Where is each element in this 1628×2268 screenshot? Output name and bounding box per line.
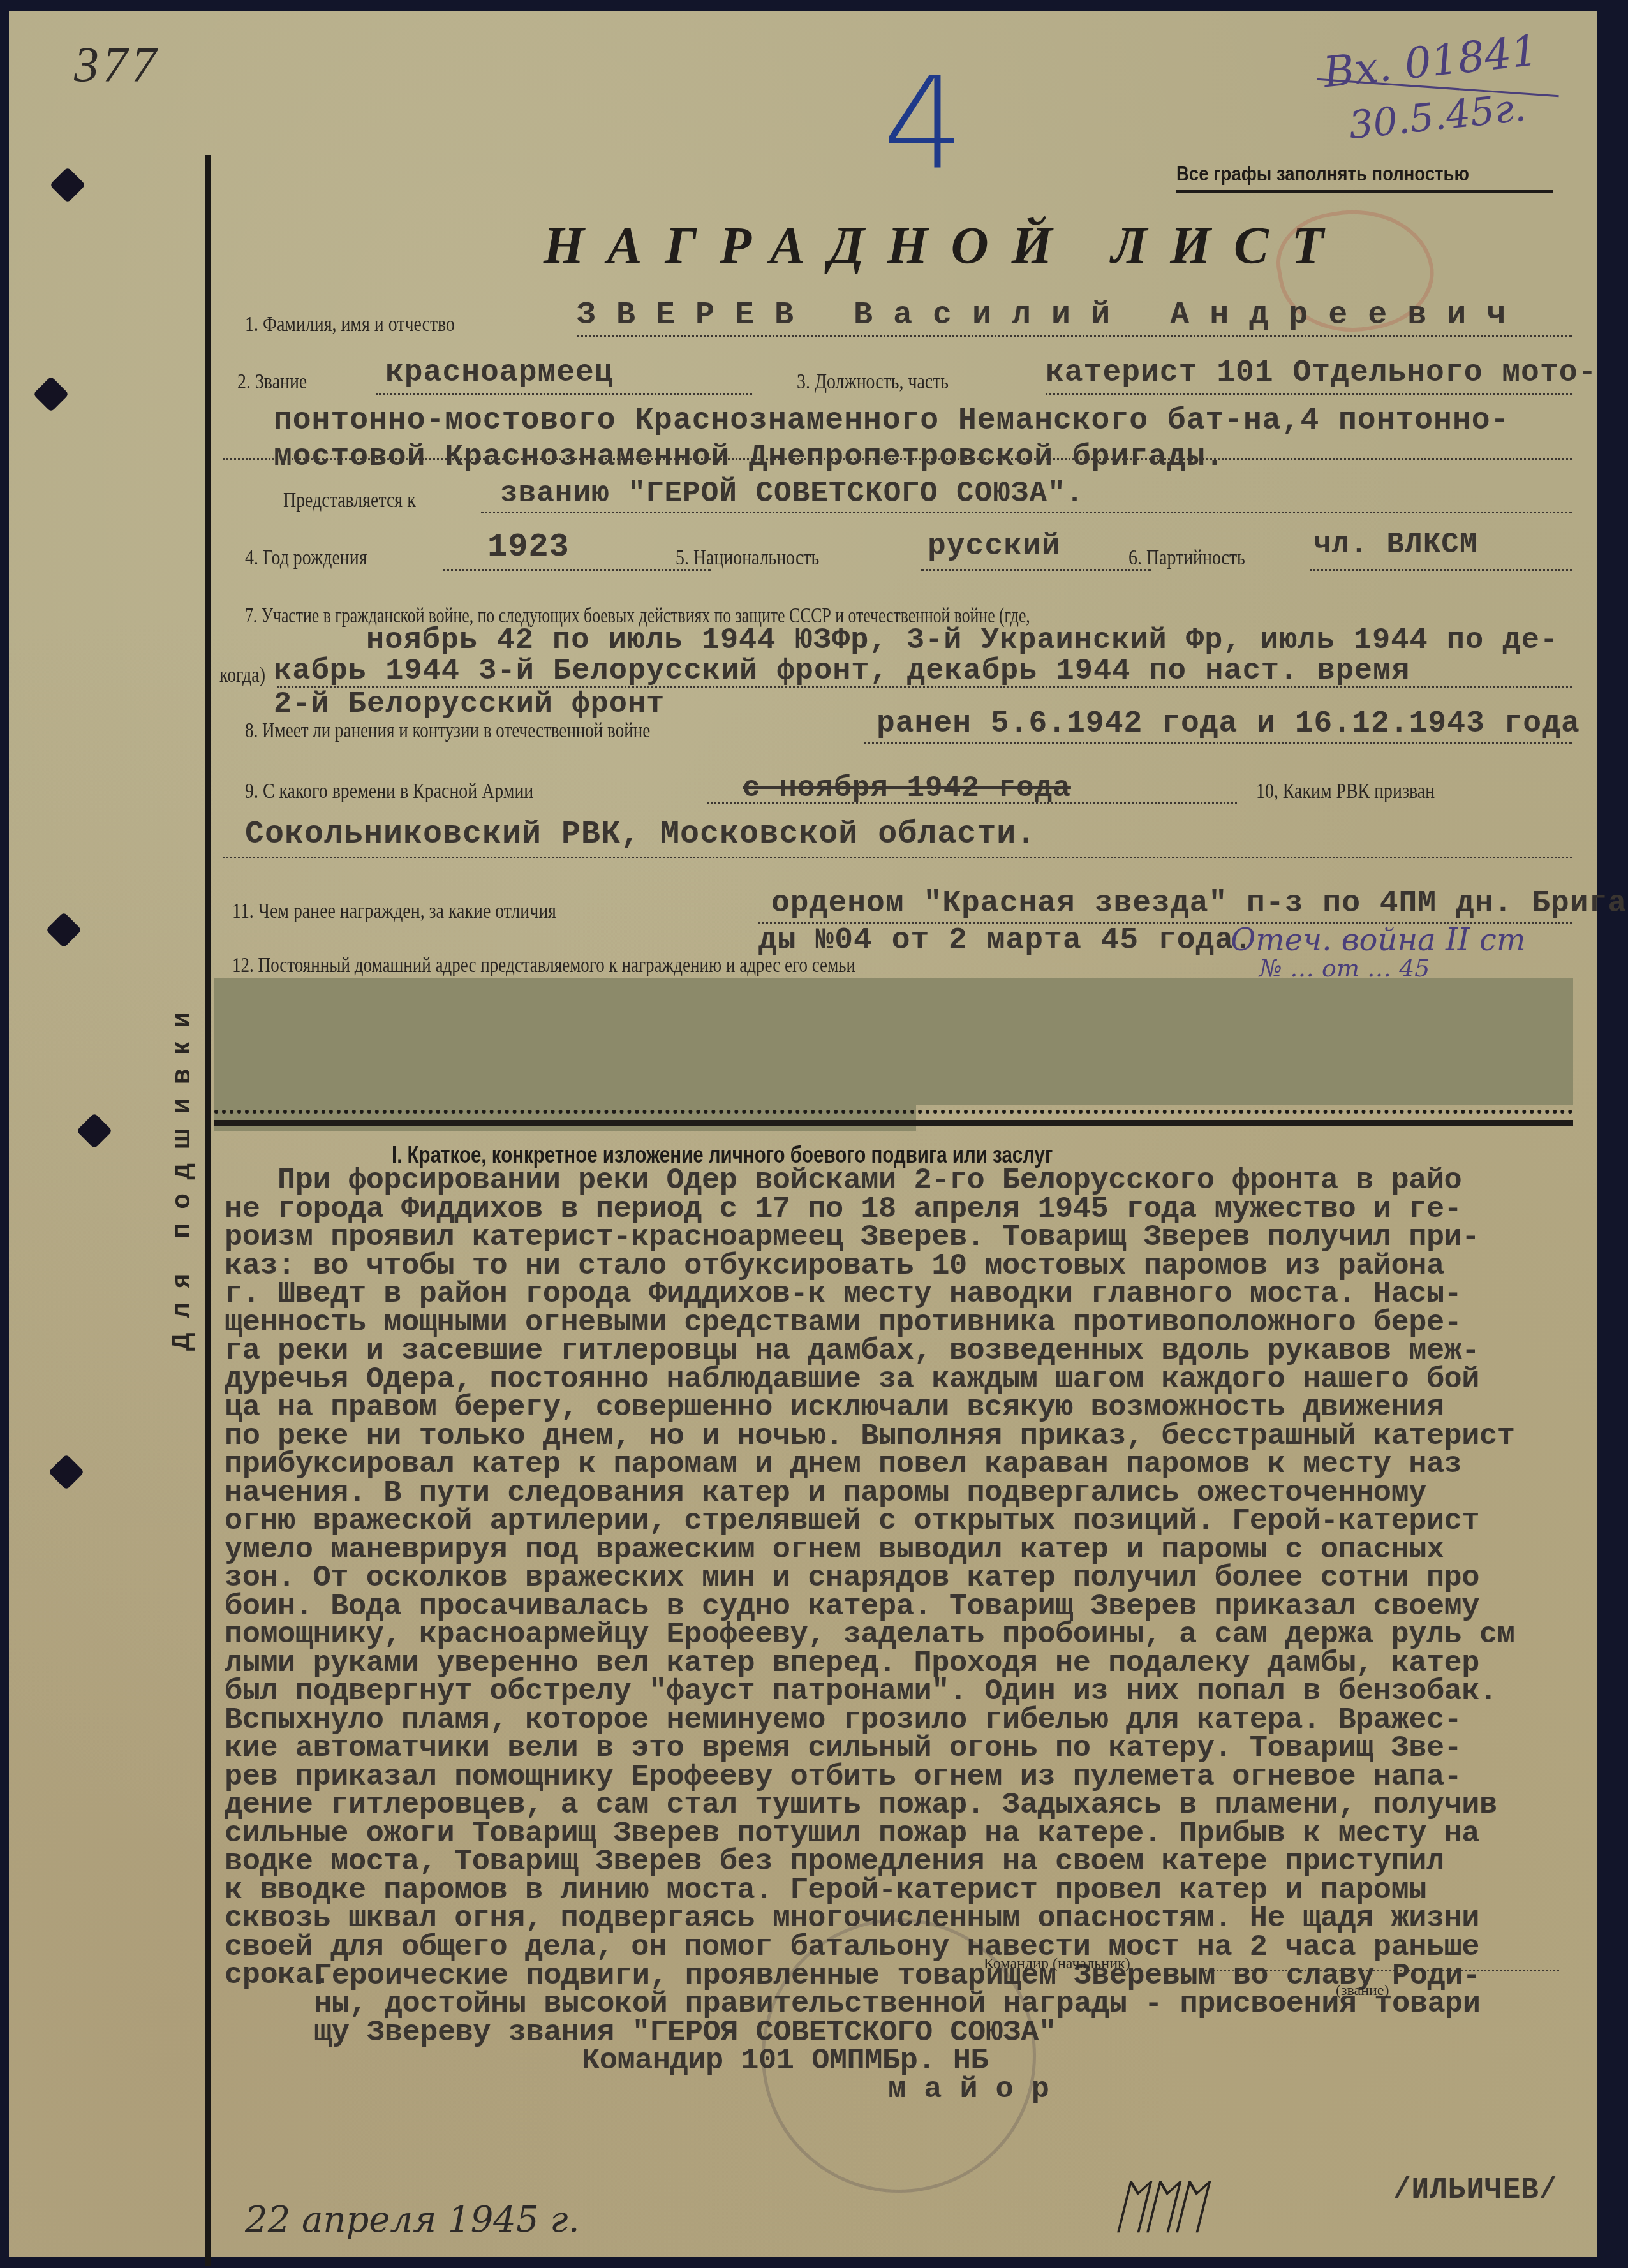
field-4-label: 4. Год рождения bbox=[245, 546, 367, 570]
narrative-line: не города Фиддихов в период с 17 по 18 а… bbox=[225, 1196, 1615, 1225]
conclusion-line: ны, достойны высокой правительственной н… bbox=[225, 1991, 1615, 2019]
section-separator-dotted bbox=[214, 1110, 1573, 1114]
field-5-line bbox=[921, 569, 1151, 571]
narrative-line: к вводке паромов в линию моста. Герой-ка… bbox=[225, 1877, 1615, 1906]
binding-margin-line bbox=[205, 155, 211, 2266]
narrative-line: прибуксировал катер к паромам и днем пов… bbox=[225, 1451, 1615, 1480]
narrative-line: зон. От осколков вражеских мин и снарядо… bbox=[225, 1565, 1615, 1593]
field-1-line bbox=[577, 335, 1572, 337]
redacted-address-block-lower bbox=[214, 978, 916, 1131]
field-1-label: 1. Фамилия, имя и отчество bbox=[245, 313, 455, 337]
field-10-line bbox=[223, 857, 1572, 858]
rank-label: (звание) bbox=[1336, 1982, 1389, 1999]
narrative-line: лыми руками уверенно вел катер вперед. П… bbox=[225, 1650, 1615, 1679]
field-3-value-line-1: катерист 101 Отдельного мото- bbox=[1046, 356, 1597, 390]
handwritten-page-number: 4 bbox=[883, 50, 964, 198]
commander-name: /ИЛЬИЧЕВ/ bbox=[1393, 2174, 1557, 2207]
commander-line: Командир 101 ОМПМБр. НБ bbox=[225, 2047, 1615, 2076]
field-2-label: 2. Звание bbox=[237, 370, 307, 394]
field-3-value-line-2: понтонно-мостового Краснознаменного Нема… bbox=[274, 404, 1509, 438]
narrative-line: водке моста, Товарищ Зверев без промедле… bbox=[225, 1848, 1615, 1877]
field-3-line bbox=[1046, 393, 1572, 395]
narrative-line: дуречья Одера, постоянно наблюдавшие за … bbox=[225, 1366, 1615, 1395]
inbox-date: 30.5.45г. bbox=[1347, 85, 1528, 149]
field-8-line bbox=[864, 742, 1572, 744]
field-5-label: 5. Национальность bbox=[676, 546, 819, 570]
narrative-line: дение гитлеровцев, а сам стал тушить пож… bbox=[225, 1792, 1615, 1820]
narrative-line: сквозь шквал огня, подвергаясь многочисл… bbox=[225, 1905, 1615, 1934]
narrative-line: Вспыхнуло пламя, которое неминуемо грози… bbox=[225, 1707, 1615, 1735]
field-8-value: ранен 5.6.1942 года и 16.12.1943 года bbox=[877, 707, 1580, 741]
presented-value: званию "ГЕРОЙ СОВЕТСКОГО СОЮЗА". bbox=[500, 477, 1084, 510]
conclusion-line: Героические подвиги, проявленные товарищ… bbox=[225, 1962, 1615, 1991]
field-11-value-line-2: ды №04 от 2 марта 45 года. bbox=[759, 924, 1253, 958]
commander-rank: майор bbox=[225, 2076, 1615, 2105]
narrative-line: своей для общего дела, он помог батальон… bbox=[225, 1934, 1615, 1962]
narrative-line: При форсировании реки Одер войсками 2-го… bbox=[225, 1167, 1615, 1196]
punch-hole bbox=[77, 1113, 113, 1149]
narrative-line: ца на правом берегу, совершенно исключал… bbox=[225, 1394, 1615, 1423]
narrative-line: сильные ожоги Товарищ Зверев потушил пож… bbox=[225, 1820, 1615, 1849]
field-5-value: русский bbox=[928, 529, 1061, 564]
narrative-line: был подвергнут обстрелу "фауст патронами… bbox=[225, 1678, 1615, 1707]
chief-line bbox=[1202, 1970, 1559, 1971]
field-11-value-line-1: орденом "Красная звезда" п-з по 4ПМ дн. … bbox=[771, 887, 1628, 921]
narrative-line: кие автоматчики вели в это время сильный… bbox=[225, 1735, 1615, 1764]
narrative-text: При форсировании реки Одер войсками 2-го… bbox=[225, 1167, 1615, 2104]
conclusion-line: щу Звереву звания "ГЕРОЯ СОВЕТСКОГО СОЮЗ… bbox=[225, 2019, 1615, 2048]
field-9-value: с ноября 1942 года bbox=[743, 772, 1071, 805]
field-6-line bbox=[1310, 569, 1572, 571]
field-2-line bbox=[376, 393, 752, 395]
field-11-label: 11. Чем ранее награжден, за какие отличи… bbox=[232, 899, 556, 924]
narrative-line: г. Шведт в район города Фиддихов-к месту… bbox=[225, 1281, 1615, 1309]
punch-hole bbox=[48, 1454, 85, 1491]
narrative-line: га реки и засевшие гитлеровцы на дамбах,… bbox=[225, 1337, 1615, 1366]
field-4-value: 1923 bbox=[487, 528, 570, 566]
punch-hole bbox=[50, 167, 86, 203]
field-1-value: З В Е Р Е В В а с и л и й А н д р е е в … bbox=[577, 297, 1506, 334]
narrative-line: каз: во чтобы то ни стало отбуксировать … bbox=[225, 1253, 1615, 1281]
field-10-label: 10, Каким РВК призван bbox=[1256, 779, 1435, 804]
narrative-line: помощнику, красноармейцу Ерофееву, задел… bbox=[225, 1621, 1615, 1650]
field-6-label: 6. Партийность bbox=[1128, 546, 1245, 570]
field-6-value: чл. ВЛКСМ bbox=[1313, 528, 1477, 561]
page-title: НАГРАДНОЙ ЛИСТ bbox=[544, 216, 1347, 276]
field-7-value-line-3: 2-й Белорусский фронт bbox=[274, 688, 665, 721]
fill-instruction-underline bbox=[1176, 190, 1553, 193]
fill-instruction: Все графы заполнять полностью bbox=[1176, 162, 1469, 186]
field-7-label-when: когда) bbox=[219, 663, 265, 688]
field-9-label: 9. С какого времени в Красной Армии bbox=[245, 779, 533, 804]
narrative-line: начения. В пути следования катер и паром… bbox=[225, 1480, 1615, 1508]
narrative-line: рев приказал помощнику Ерофееву отбить о… bbox=[225, 1764, 1615, 1792]
section-separator-solid bbox=[214, 1120, 1573, 1126]
narrative-line: умело маневрируя под вражеским огнем выв… bbox=[225, 1536, 1615, 1565]
field-4-line bbox=[443, 569, 711, 571]
presented-line bbox=[481, 512, 1572, 513]
commander-signature: ᛖᛖᛖ bbox=[1113, 2174, 1201, 2241]
punch-hole bbox=[33, 376, 70, 413]
field-2-value: красноармеец bbox=[385, 356, 614, 390]
field-8-label: 8. Имеет ли ранения и контузии в отечест… bbox=[245, 719, 650, 743]
award-sheet-page: 377 4 Вх. 01841 30.5.45г. Все графы запо… bbox=[9, 11, 1597, 2257]
field-3-label: 3. Должность, часть bbox=[797, 370, 949, 394]
field-10-value: Сокольниковский РВК, Московской области. bbox=[245, 816, 1036, 853]
field-7-value-line-1: ноябрь 42 по июль 1944 ЮЗФр, 3-й Украинс… bbox=[366, 624, 1558, 658]
presented-label: Представляется к bbox=[283, 489, 416, 513]
narrative-line: огню вражеской артилерии, стрелявшей с о… bbox=[225, 1508, 1615, 1536]
field-3-value-line-3: мостовой Краснознаменной Днепропетровско… bbox=[274, 440, 1224, 475]
chief-label: Командир (начальник) bbox=[984, 1955, 1130, 1973]
narrative-line: по реке ни только днем, но и ночью. Выпо… bbox=[225, 1423, 1615, 1452]
field-11-handwritten-note: Отеч. война II ст bbox=[1231, 922, 1525, 958]
punch-hole bbox=[46, 912, 82, 948]
narrative-line: боин. Вода просачивалась в судно катера.… bbox=[225, 1593, 1615, 1622]
sheet-number: 377 bbox=[74, 36, 160, 93]
signed-date: 22 апреля 1945 г. bbox=[245, 2199, 579, 2241]
narrative-line: щенность мощными огневыми средствами про… bbox=[225, 1309, 1615, 1338]
field-7-value-line-2: кабрь 1944 3-й Белорусский фронт, декабр… bbox=[274, 654, 1410, 688]
field-12-label: 12. Постоянный домашний адрес представля… bbox=[232, 954, 855, 978]
narrative-line: роизм проявил катерист-красноармеец Звер… bbox=[225, 1224, 1615, 1253]
binding-margin-label: Для подшивки bbox=[167, 998, 196, 1351]
